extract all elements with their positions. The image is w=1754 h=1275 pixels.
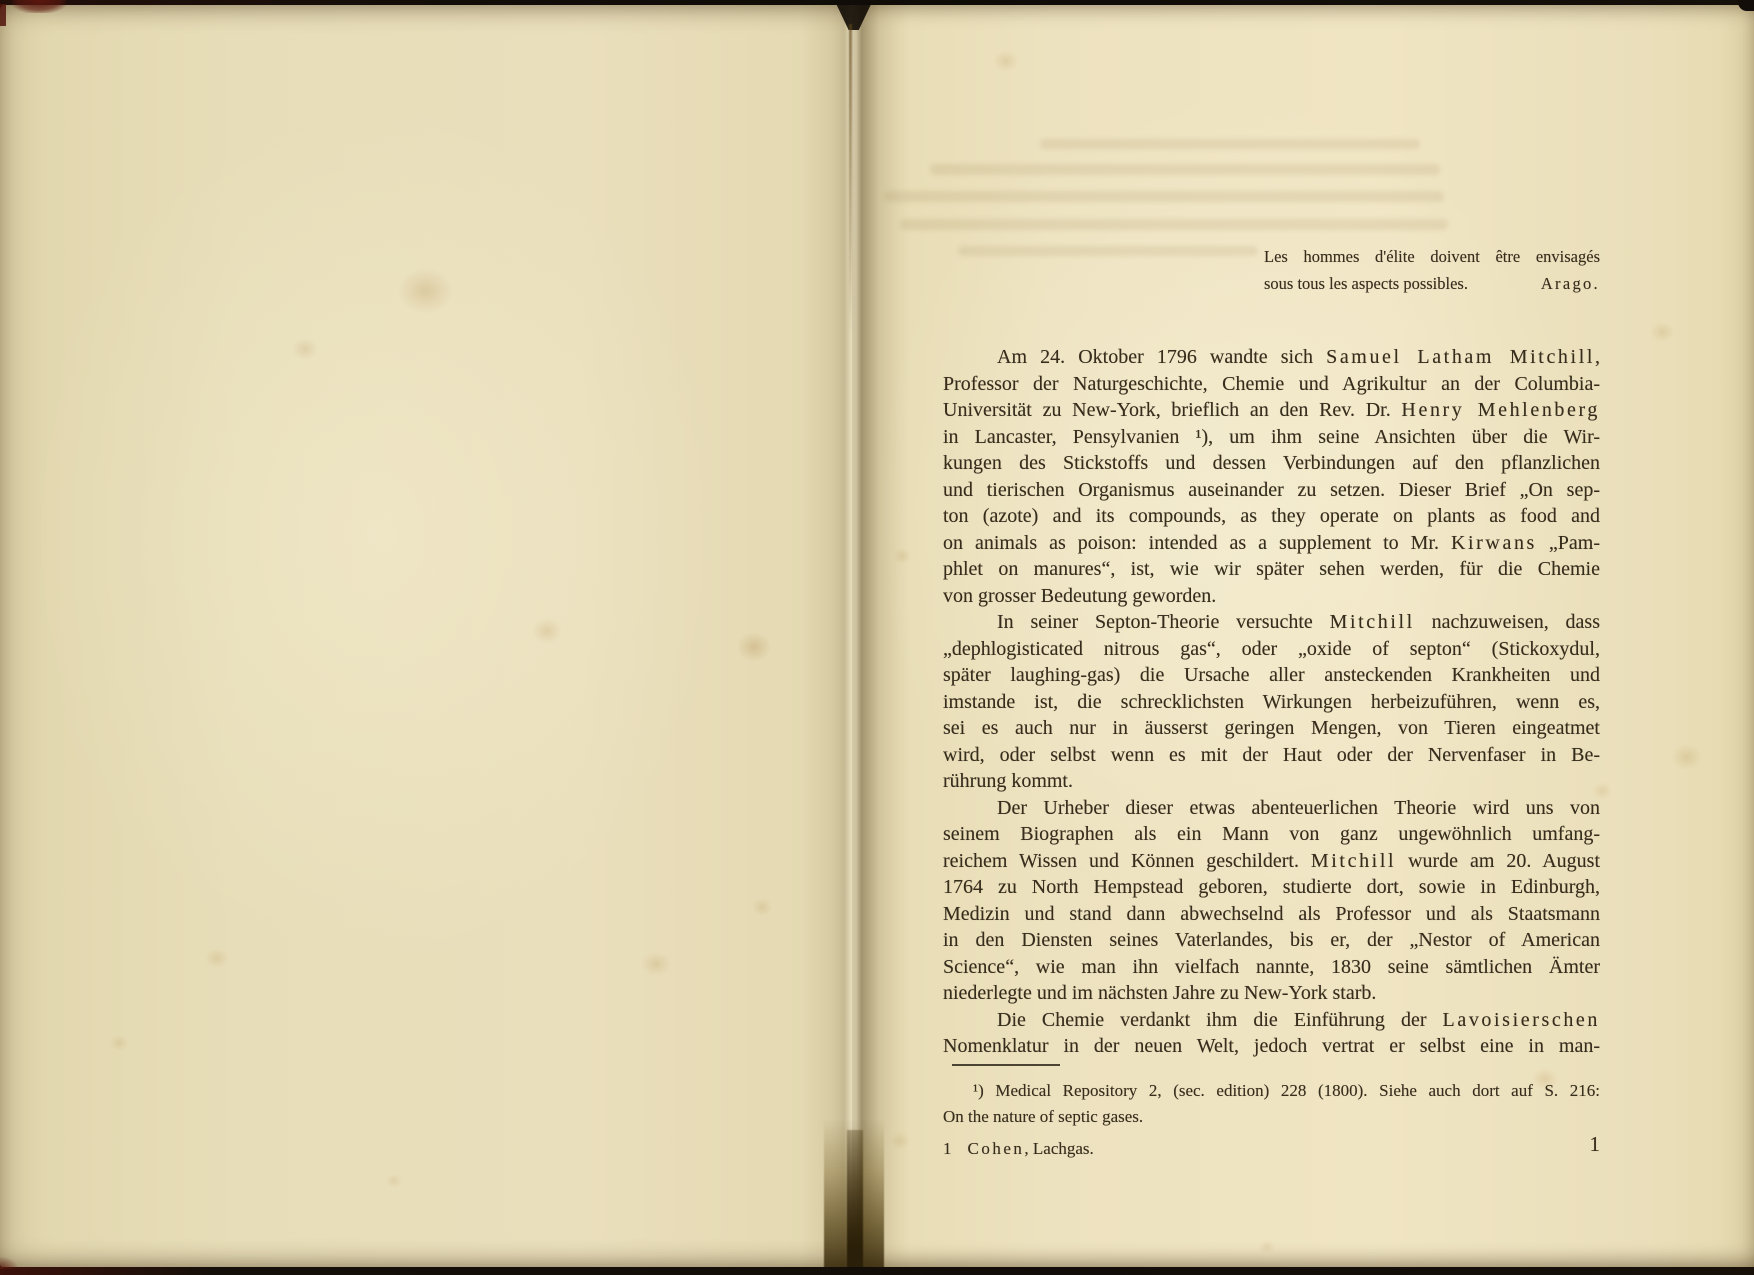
- page-number: 1: [1556, 1132, 1600, 1157]
- body-line: und tierischen Organismus auseinander zu…: [943, 477, 1600, 504]
- body-line: phlet on manures“, ist, wie wir später s…: [943, 556, 1600, 583]
- bleed-through-line: [900, 219, 1448, 230]
- book-title: , Lachgas.: [1024, 1139, 1093, 1158]
- body-line: Medizin und stand dann abwechselnd als P…: [943, 901, 1600, 928]
- body-line: In seiner Septon-Theorie versuchte Mitch…: [943, 609, 1600, 636]
- body-line: wird, oder selbst wenn es mit der Haut o…: [943, 742, 1600, 769]
- book-bottom-edge: [0, 1267, 1754, 1275]
- book-top-edge: [0, 0, 1754, 5]
- body-line: seinem Biographen als ein Mann von ganz …: [943, 821, 1600, 848]
- foxing-spot: [205, 948, 229, 968]
- binding-bottom-groove: [847, 1130, 863, 1270]
- body-line: kungen des Stickstoffs und dessen Verbin…: [943, 450, 1600, 477]
- page-left-blank: [0, 4, 852, 1268]
- body-line: reichem Wissen und Können geschildert. M…: [943, 848, 1600, 875]
- foxing-spot: [1650, 322, 1674, 342]
- foxing-spot: [893, 548, 911, 564]
- body-line: später laughing-gas) die Ursache aller a…: [943, 662, 1600, 689]
- epigraph-attribution: Arago.: [1541, 270, 1600, 297]
- footnote-line-2: On the nature of septic gases.: [943, 1104, 1600, 1130]
- body-line: 1764 zu North Hempstead geboren, studier…: [943, 874, 1600, 901]
- bleed-through-line: [1040, 139, 1420, 149]
- sheet-number: 1: [943, 1139, 952, 1158]
- open-book-scan: Les hommes d'élite doivent être envisagé…: [0, 0, 1754, 1275]
- epigraph-line-2: sous tous les aspects possibles. Arago.: [1264, 270, 1600, 297]
- body-line: niederlegte und im nächsten Jahre zu New…: [943, 980, 1600, 1007]
- cover-edge-mark: [0, 4, 6, 26]
- body-line: rührung kommt.: [943, 768, 1600, 795]
- body-line: Die Chemie verdankt ihm die Einführung d…: [943, 1007, 1600, 1034]
- body-text: Am 24. Oktober 1796 wandte sich Samuel L…: [943, 344, 1600, 1060]
- gutter-crease-line: [849, 24, 852, 334]
- footnote: ¹) Medical Repository 2, (sec. edition) …: [943, 1078, 1600, 1130]
- cover-corner-mark: [12, 0, 66, 13]
- body-line: Universität zu New-York, brieflich an de…: [943, 397, 1600, 424]
- foxing-spot: [110, 1035, 128, 1051]
- foxing-spot: [386, 1174, 402, 1188]
- bleed-through-line: [930, 164, 1440, 175]
- foxing-spot: [1672, 744, 1702, 770]
- foxing-spot: [398, 268, 453, 314]
- foxing-spot: [890, 1132, 910, 1150]
- bleed-through-line: [884, 191, 1444, 202]
- foxing-spot: [532, 618, 562, 644]
- body-line: imstande ist, die schrecklichsten Wirkun…: [943, 689, 1600, 716]
- body-line: in den Diensten seines Vaterlandes, bis …: [943, 927, 1600, 954]
- signature-line: 1Cohen, Lachgas.: [943, 1139, 1094, 1159]
- epigraph-text: sous tous les aspects possibles.: [1264, 270, 1468, 297]
- body-line: Am 24. Oktober 1796 wandte sich Samuel L…: [943, 344, 1600, 371]
- footnote-separator: [952, 1064, 1060, 1066]
- foxing-spot: [752, 898, 772, 916]
- author-name: Cohen: [968, 1139, 1025, 1158]
- body-line: sei es auch nur in äusserst geringen Men…: [943, 715, 1600, 742]
- foxing-spot: [1258, 1240, 1276, 1254]
- cover-corner-mark: [0, 1257, 18, 1269]
- body-line: on animals as poison: intended as a supp…: [943, 530, 1600, 557]
- body-line: von grosser Bedeutung geworden.: [943, 583, 1600, 610]
- body-line: Professor der Naturgeschichte, Chemie un…: [943, 371, 1600, 398]
- foxing-spot: [641, 952, 671, 976]
- body-line: „dephlogisticated nitrous gas“, oder „ox…: [943, 636, 1600, 663]
- body-line: Nomenklatur in der neuen Welt, jedoch ve…: [943, 1033, 1600, 1060]
- bleed-through-line: [958, 246, 1258, 256]
- footnote-line-1: ¹) Medical Repository 2, (sec. edition) …: [943, 1078, 1600, 1104]
- foxing-spot: [737, 632, 771, 662]
- body-line: ton (azote) and its compounds, as they o…: [943, 503, 1600, 530]
- foxing-spot: [993, 50, 1019, 72]
- body-line: Science“, wie man ihn vielfach nannte, 1…: [943, 954, 1600, 981]
- epigraph: Les hommes d'élite doivent être envisagé…: [1264, 243, 1600, 297]
- body-line: in Lancaster, Pensylvanien ¹), um ihm se…: [943, 424, 1600, 451]
- body-line: Der Urheber dieser etwas abenteuerlichen…: [943, 795, 1600, 822]
- epigraph-line-1: Les hommes d'élite doivent être envisagé…: [1264, 243, 1600, 270]
- foxing-spot: [292, 338, 318, 360]
